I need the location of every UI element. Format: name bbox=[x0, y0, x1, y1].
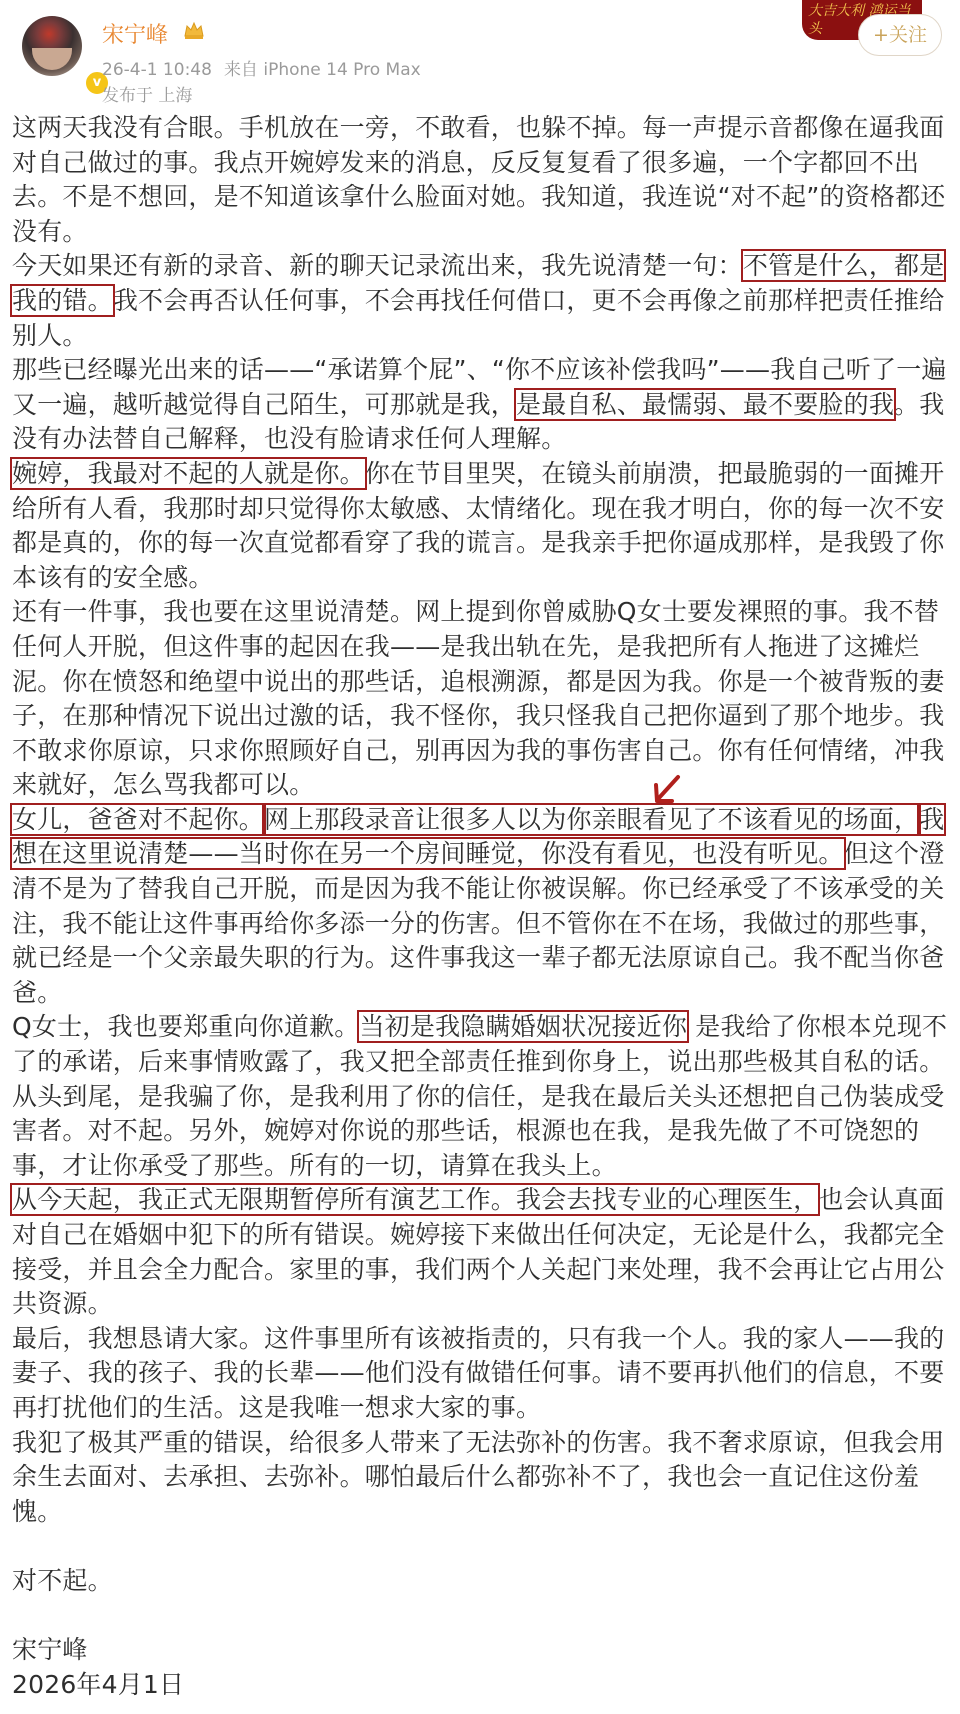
post-timestamp: 26-4-1 10:48 bbox=[102, 60, 212, 80]
post-header: v 宋宁峰 26-4-1 10:48来自 iPhone 14 Pro Max 发… bbox=[0, 0, 960, 110]
username[interactable]: 宋宁峰 bbox=[102, 18, 168, 49]
paragraph-2-rest: 我不会再否认任何事，不会再找任何借口，更不会再像之前那样把责任推给别人。 bbox=[12, 286, 944, 350]
signature-date: 2026年4月1日 bbox=[12, 1668, 948, 1703]
paragraph-6: 女儿，爸爸对不起你。网上那段录音让很多人以为你亲眼看见了不该看见的场面，我想在这… bbox=[12, 803, 948, 1011]
paragraph-1: 这两天我没有合眼。手机放在一旁，不敢看，也躲不掉。每一声提示音都像在逼我面对自己… bbox=[12, 111, 948, 249]
post-source: 来自 iPhone 14 Pro Max bbox=[224, 60, 421, 80]
spacer bbox=[12, 1529, 948, 1564]
avatar-face bbox=[32, 48, 72, 70]
spacer bbox=[12, 1599, 948, 1634]
post-location: 发布于 上海 bbox=[102, 81, 192, 106]
follow-button[interactable]: +关注 bbox=[858, 14, 942, 56]
paragraph-8: 从今天起，我正式无限期暂停所有演艺工作。我会去找专业的心理医生，也会认真面对自己… bbox=[12, 1183, 948, 1321]
post-body: 这两天我没有合眼。手机放在一旁，不敢看，也躲不掉。每一声提示音都像在逼我面对自己… bbox=[12, 111, 948, 1702]
annotation-arrow-icon bbox=[650, 773, 684, 807]
crown-badge-icon bbox=[183, 20, 205, 40]
highlight-box: 婉婷，我最对不起的人就是你。 bbox=[12, 459, 365, 488]
highlight-box: 是最自私、最懦弱、最不要脸的我 bbox=[516, 390, 894, 419]
paragraph-2-text: 今天如果还有新的录音、新的聊天记录流出来，我先说清楚一句： bbox=[12, 251, 743, 280]
paragraph-4: 婉婷，我最对不起的人就是你。你在节目里哭，在镜头前崩溃，把最脆弱的一面摊开给所有… bbox=[12, 457, 948, 595]
paragraph-5: 还有一件事，我也要在这里说清楚。网上提到你曾威胁Q女士要发裸照的事。我不替任何人… bbox=[12, 595, 948, 803]
avatar[interactable]: v bbox=[22, 16, 82, 76]
paragraph-7-text: Q女士，我也要郑重向你道歉。 bbox=[12, 1012, 359, 1041]
paragraph-3: 那些已经曝光出来的话——“承诺算个屁”、“你不应该补偿我吗”——我自己听了一遍又… bbox=[12, 353, 948, 457]
highlight-box: 当初是我隐瞒婚姻状况接近你 bbox=[359, 1012, 687, 1041]
signature: 宋宁峰 bbox=[12, 1633, 948, 1668]
highlight-box: 网上那段录音让很多人以为你亲眼看见了不该看见的场面， bbox=[264, 805, 919, 834]
post-meta: 26-4-1 10:48来自 iPhone 14 Pro Max bbox=[102, 55, 421, 80]
highlight-box: 女儿，爸爸对不起你。 bbox=[12, 805, 264, 834]
paragraph-10: 我犯了极其严重的错误，给很多人带来了无法弥补的伤害。我不奢求原谅，但我会用余生去… bbox=[12, 1426, 948, 1530]
highlight-box: 从今天起，我正式无限期暂停所有演艺工作。我会去找专业的心理医生， bbox=[12, 1185, 818, 1214]
closing-line: 对不起。 bbox=[12, 1564, 948, 1599]
paragraph-7: Q女士，我也要郑重向你道歉。当初是我隐瞒婚姻状况接近你 是我给了你根本兑现不了的… bbox=[12, 1010, 948, 1183]
paragraph-2: 今天如果还有新的录音、新的聊天记录流出来，我先说清楚一句：不管是什么，都是我的错… bbox=[12, 249, 948, 353]
paragraph-9: 最后，我想恳请大家。这件事里所有该被指责的，只有我一个人。我的家人——我的妻子、… bbox=[12, 1322, 948, 1426]
